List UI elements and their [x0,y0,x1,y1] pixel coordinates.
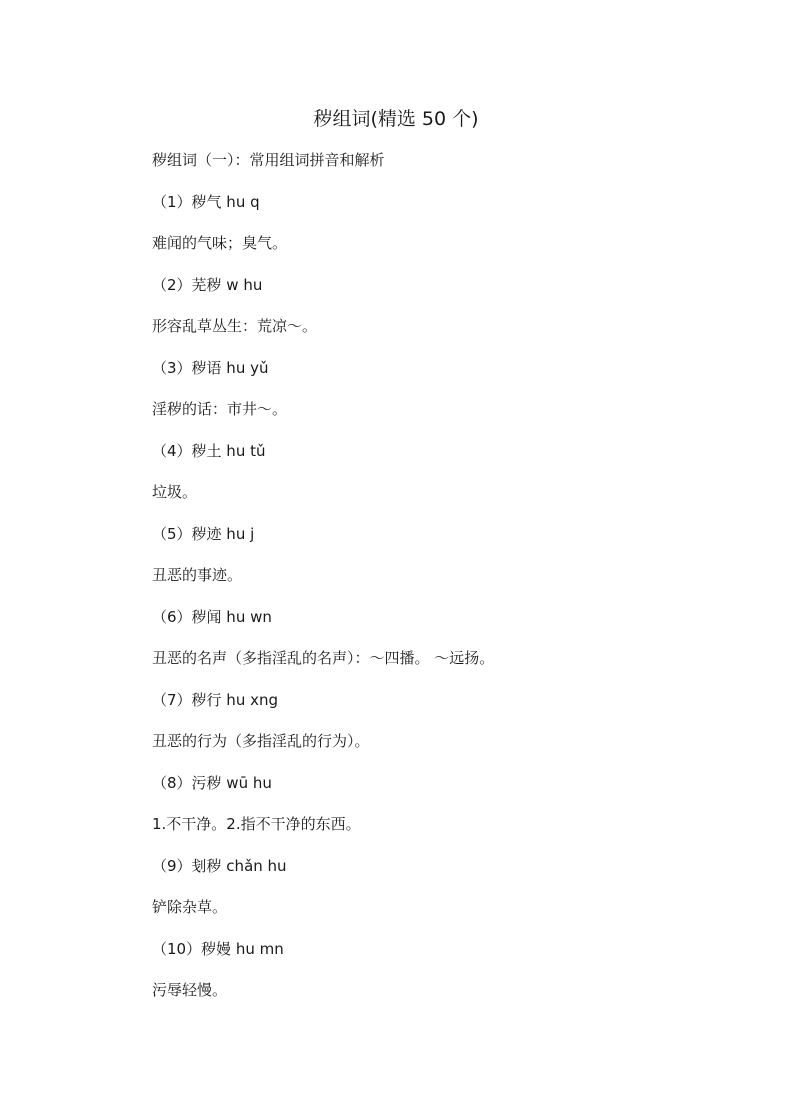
entry-term-7: （7）秽行 hu xng [152,690,278,710]
entry-term-3: （3）秽语 hu yǔ [152,358,268,378]
entry-definition-9: 铲除杂草。 [152,897,227,917]
entry-definition-6: 丑恶的名声（多指淫乱的名声）：～四播。 ～远扬。 [152,648,494,668]
entry-term-10: （10）秽嫚 hu mn [152,939,284,959]
entry-definition-2: 形容乱草丛生：荒凉～。 [152,316,317,336]
document-title-text: 秽组词(精选 50 个) [313,108,478,130]
entry-term-9: （9）刬秽 chǎn hu [152,856,287,876]
document-page: 秽组词(精选 50 个) 秽组词（一）：常用组词拼音和解析 （1）秽气 hu q… [0,0,792,1120]
entry-definition-1: 难闻的气味；臭气。 [152,233,287,253]
entry-definition-7: 丑恶的行为（多指淫乱的行为）。 [152,731,370,751]
entry-definition-5: 丑恶的事迹。 [152,565,242,585]
entry-definition-8: 1.不干净。2.指不干净的东西。 [152,814,361,834]
entry-term-4: （4）秽土 hu tǔ [152,441,265,461]
entry-definition-4: 垃圾。 [152,482,197,502]
entry-term-1: （1）秽气 hu q [152,192,260,212]
entry-term-5: （5）秽迹 hu j [152,524,254,544]
document-title: 秽组词(精选 50 个) [0,106,792,132]
entry-term-2: （2）芜秽 w hu [152,275,262,295]
entry-definition-10: 污辱轻慢。 [152,980,227,1000]
section-heading: 秽组词（一）：常用组词拼音和解析 [152,150,385,170]
entry-term-6: （6）秽闻 hu wn [152,607,272,627]
entry-term-8: （8）污秽 wū hu [152,773,272,793]
entry-definition-3: 淫秽的话：市井～。 [152,399,287,419]
